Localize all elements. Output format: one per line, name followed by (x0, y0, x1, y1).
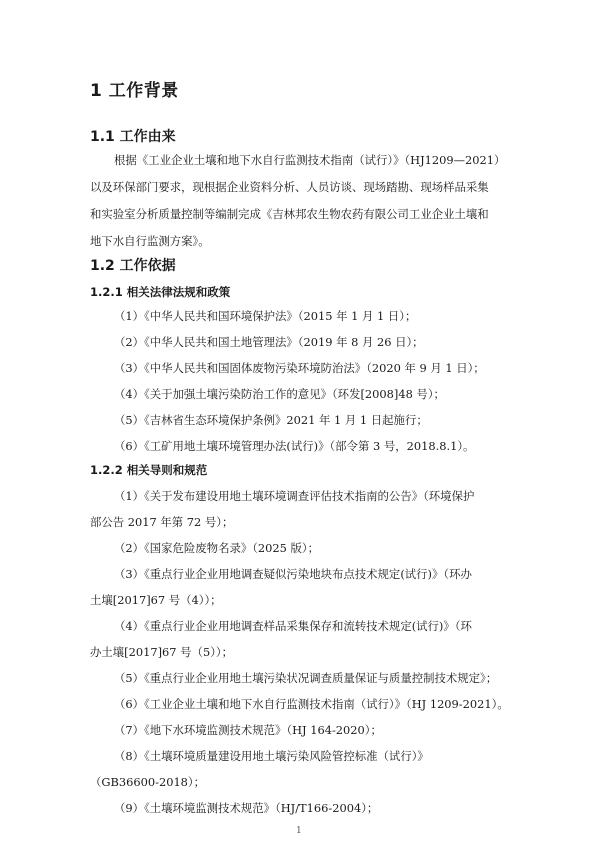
standard-item-cont: 部公告 2017 年第 72 号）； (90, 514, 518, 530)
standard-item: （7）《地下水环境监测技术规范》（HJ 164-2020）； (90, 722, 542, 738)
law-item: （4）《关于加强土壤污染防治工作的意见》（环发[2008]48 号）； (90, 386, 542, 402)
page-number: 1 (296, 826, 302, 836)
standard-item: （9）《土壤环境监测技术规范》（HJ/T166-2004）； (90, 800, 542, 816)
section-heading-1-2-1: 1.2.1 相关法律法规和政策 (90, 284, 230, 300)
standard-item: （8）《土壤环境质量建设用地土壤污染风险管控标准（试行）》 (90, 748, 542, 764)
paragraph-line: 根据《工业企业土壤和地下水自行监测技术指南（试行）》（HJ1209—2021） (90, 152, 542, 168)
paragraph-line: 和实验室分析质量控制等编制完成《吉林邦农生物农药有限公司工业企业土壤和 (90, 206, 518, 222)
law-item: （3）《中华人民共和国固体废物污染环境防治法》（2020 年 9 月 1 日）； (90, 360, 542, 376)
section-heading-1: 1 工作背景 (90, 76, 179, 101)
section-heading-1-2: 1.2 工作依据 (90, 255, 176, 275)
standard-item: （2）《国家危险废物名录》（2025 版）； (90, 540, 542, 556)
section-heading-1-1: 1.1 工作由来 (90, 126, 176, 146)
standard-item-cont: （GB36600-2018）； (90, 774, 518, 790)
section-heading-1-2-2: 1.2.2 相关导则和规范 (90, 462, 207, 478)
standard-item-cont: 办土壤[2017]67 号（5））； (90, 644, 518, 660)
law-item: （5）《吉林省生态环境保护条例》2021 年 1 月 1 日起施行； (90, 412, 542, 428)
law-item: （2）《中华人民共和国土地管理法》（2019 年 8 月 26 日）； (90, 334, 542, 350)
law-item: （1）《中华人民共和国环境保护法》（2015 年 1 月 1 日）； (90, 308, 542, 324)
standard-item: （1）《关于发布建设用地土壤环境调查评估技术指南的公告》（环境保护 (90, 488, 542, 504)
paragraph-line: 地下水自行监测方案》。 (90, 233, 518, 249)
standard-item: （5）《重点行业企业用地土壤污染状况调查质量保证与质量控制技术规定》； (90, 670, 542, 686)
standard-item: （3）《重点行业企业用地调查疑似污染地块布点技术规定(试行)》（环办 (90, 566, 542, 582)
standard-item-cont: 土壤[2017]67 号（4））； (90, 592, 518, 608)
law-item: （6）《工矿用地土壤环境管理办法(试行)》（部令第 3 号，2018.8.1）。 (90, 438, 542, 454)
paragraph-line: 以及环保部门要求，现根据企业资料分析、人员访谈、现场踏勘、现场样品采集 (90, 179, 518, 195)
document-page: 1 工作背景 1.1 工作由来 根据《工业企业土壤和地下水自行监测技术指南（试行… (0, 0, 600, 848)
standard-item: （6）《工业企业土壤和地下水自行监测技术指南（试行）》（HJ 1209-2021… (90, 696, 542, 712)
standard-item: （4）《重点行业企业用地调查样品采集保存和流转技术规定(试行)》（环 (90, 618, 542, 634)
